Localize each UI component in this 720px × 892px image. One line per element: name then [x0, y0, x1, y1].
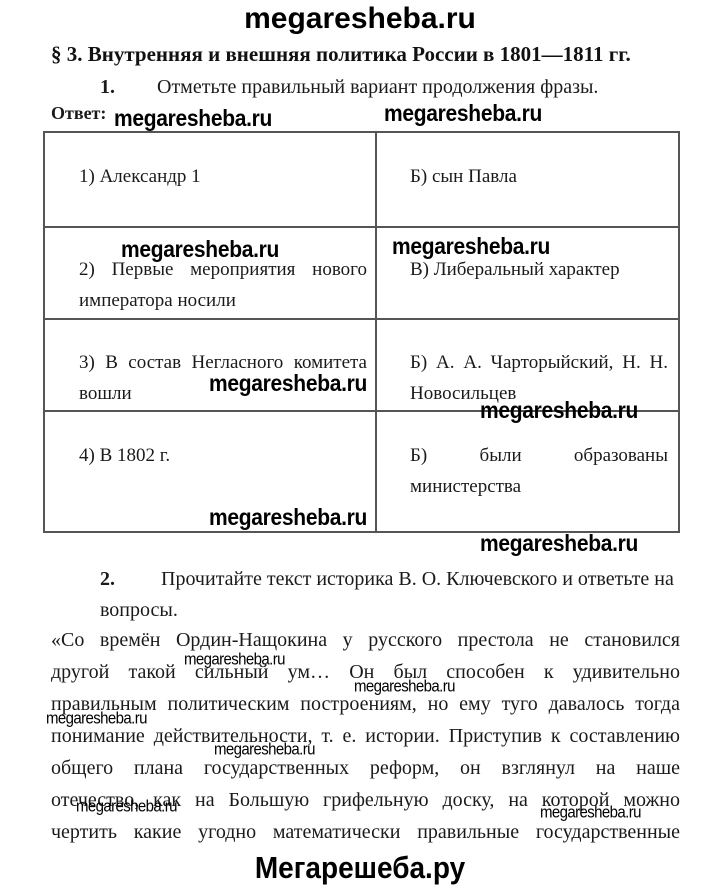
task-text: Прочитайте текст историка В. О. Ключевск… — [100, 568, 674, 621]
watermark: megaresheba.ru — [46, 709, 147, 728]
table-cell-answer: Б) были образованы министерства — [377, 412, 678, 531]
watermark: megaresheba.ru — [214, 740, 315, 759]
watermark: megaresheba.ru — [121, 237, 279, 264]
table-cell-question: 1) Александр 1 — [45, 133, 377, 226]
answer-label: Ответ: — [51, 103, 106, 124]
watermark: megaresheba.ru — [480, 398, 638, 425]
watermark: megaresheba.ru — [540, 803, 641, 822]
watermark: megaresheba.ru — [76, 797, 177, 816]
watermark: megaresheba.ru — [114, 106, 272, 133]
table-cell-answer: Б) сын Павла — [377, 133, 678, 226]
task-number: 1. — [100, 76, 115, 98]
table-cell-answer: Б) А. А. Чарторыйский, Н. Н. Новосильцев — [377, 320, 678, 410]
footer-watermark: Мегарешеба.ру — [0, 850, 720, 885]
task-number: 2. — [100, 568, 115, 590]
table-row: 1) Александр 1 Б) сын Павла — [45, 133, 678, 226]
section-title: § 3. Внутренняя и внешняя политика Росси… — [51, 42, 631, 67]
watermark: megaresheba.ru — [184, 650, 285, 669]
watermark: megaresheba.ru — [384, 101, 542, 128]
site-header-watermark: megaresheba.ru — [0, 2, 720, 36]
quote-line: «Со времён Ордин-Нащокина у русского пре… — [51, 624, 680, 656]
task-1: 1. Отметьте правильный вариант продолжен… — [100, 76, 115, 99]
quote-line: общего плана государственных реформ, он … — [51, 752, 680, 784]
watermark: megaresheba.ru — [209, 371, 367, 398]
watermark: megaresheba.ru — [480, 531, 638, 558]
watermark: megaresheba.ru — [209, 505, 367, 532]
watermark: megaresheba.ru — [392, 234, 550, 261]
answer-table: 1) Александр 1 Б) сын Павла 2) Первые ме… — [43, 131, 680, 533]
watermark: megaresheba.ru — [354, 677, 455, 696]
task-text: Отметьте правильный вариант продолжения … — [157, 76, 598, 99]
task-2: 2. Прочитайте текст историка В. О. Ключе… — [100, 564, 680, 626]
